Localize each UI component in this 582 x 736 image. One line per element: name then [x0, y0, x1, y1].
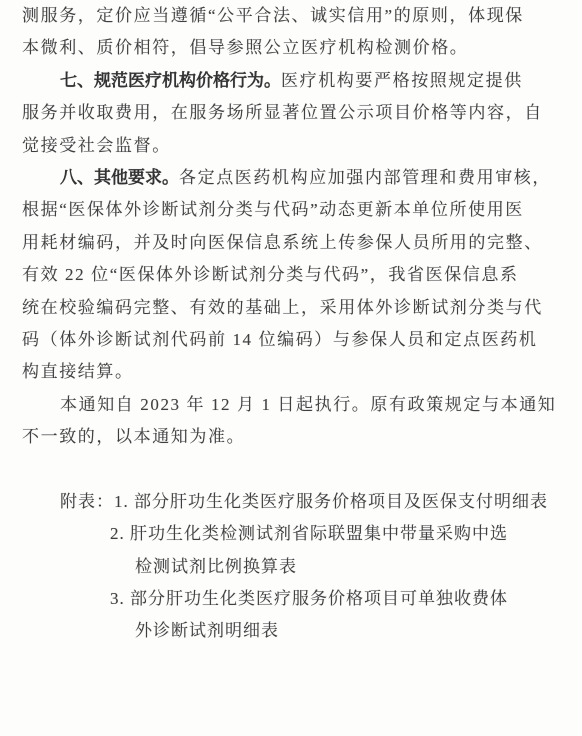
text-segment: 统在校验编码完整、有效的基础上，采用体外诊断试剂分类与代	[22, 298, 543, 317]
text-segment: 测服务，定价应当遵循“公平合法、诚实信用”的原则，体现保	[22, 6, 524, 25]
text-segment: 用耗材编码，并及时向医保信息系统上传参保人员所用的完整、	[22, 233, 543, 252]
document-line: 七、规范医疗机构价格行为。医疗机构要严格按照规定提供	[22, 65, 570, 97]
text-segment: 本微利、质价相符，倡导参照公立医疗机构检测价格。	[22, 38, 468, 57]
document-line: 不一致的，以本通知为准。	[22, 421, 570, 453]
document-line: 觉接受社会监督。	[22, 130, 570, 162]
section-heading-segment: 八、其他要求。	[60, 168, 179, 187]
document-line: 2. 肝功生化类检测试剂省际联盟集中带量采购中选	[22, 518, 570, 550]
text-segment: 各定点医药机构应加强内部管理和费用审核，	[179, 168, 551, 187]
text-segment: 医疗机构要严格按照规定提供	[281, 71, 523, 90]
document-line: 检测试剂比例换算表	[22, 551, 570, 583]
document-line: 八、其他要求。各定点医药机构应加强内部管理和费用审核，	[22, 162, 570, 194]
document-line: 本通知自 2023 年 12 月 1 日起执行。原有政策规定与本通知	[22, 389, 570, 421]
document-line: 3. 部分肝功生化类医疗服务价格项目可单独收费体	[22, 583, 570, 615]
document-line: 服务并收取费用，在服务场所显著位置公示项目价格等内容，自	[22, 97, 570, 129]
text-segment: 检测试剂比例换算表	[135, 557, 297, 576]
document-line: 有效 22 位“医保体外诊断试剂分类与代码”，我省医保信息系	[22, 259, 570, 291]
document-line: 测服务，定价应当遵循“公平合法、诚实信用”的原则，体现保	[22, 0, 570, 32]
document-line: 根据“医保体外诊断试剂分类与代码”动态更新本单位所使用医	[22, 194, 570, 226]
text-segment: 外诊断试剂明细表	[135, 621, 279, 640]
text-segment: 3. 部分肝功生化类医疗服务价格项目可单独收费体	[110, 589, 508, 608]
text-segment: 服务并收取费用，在服务场所显著位置公示项目价格等内容，自	[22, 103, 543, 122]
document-line: 附表：1. 部分肝功生化类医疗服务价格项目及医保支付明细表	[22, 486, 570, 518]
text-segment: 2. 肝功生化类检测试剂省际联盟集中带量采购中选	[110, 524, 508, 543]
document-line: 统在校验编码完整、有效的基础上，采用体外诊断试剂分类与代	[22, 292, 570, 324]
text-segment: 根据“医保体外诊断试剂分类与代码”动态更新本单位所使用医	[22, 200, 524, 219]
blank-line	[22, 453, 570, 485]
document-line: 本微利、质价相符，倡导参照公立医疗机构检测价格。	[22, 32, 570, 64]
text-segment: 附表：1. 部分肝功生化类医疗服务价格项目及医保支付明细表	[60, 492, 548, 511]
text-segment: 有效 22 位“医保体外诊断试剂分类与代码”，我省医保信息系	[22, 265, 519, 284]
document-line: 码（体外诊断试剂代码前 14 位编码）与参保人员和定点医药机	[22, 324, 570, 356]
text-segment: 觉接受社会监督。	[22, 136, 171, 155]
document-line: 外诊断试剂明细表	[22, 615, 570, 647]
text-segment: 不一致的，以本通知为准。	[22, 427, 245, 446]
text-segment: 构直接结算。	[22, 362, 134, 381]
section-heading-segment: 七、规范医疗机构价格行为。	[60, 71, 281, 90]
document-line: 构直接结算。	[22, 356, 570, 388]
text-segment: 码（体外诊断试剂代码前 14 位编码）与参保人员和定点医药机	[22, 330, 538, 349]
text-segment: 本通知自 2023 年 12 月 1 日起执行。原有政策规定与本通知	[60, 395, 556, 414]
document-line: 用耗材编码，并及时向医保信息系统上传参保人员所用的完整、	[22, 227, 570, 259]
document-body: 测服务，定价应当遵循“公平合法、诚实信用”的原则，体现保本微利、质价相符，倡导参…	[22, 0, 570, 648]
scanned-notice-page: 测服务，定价应当遵循“公平合法、诚实信用”的原则，体现保本微利、质价相符，倡导参…	[0, 0, 582, 736]
